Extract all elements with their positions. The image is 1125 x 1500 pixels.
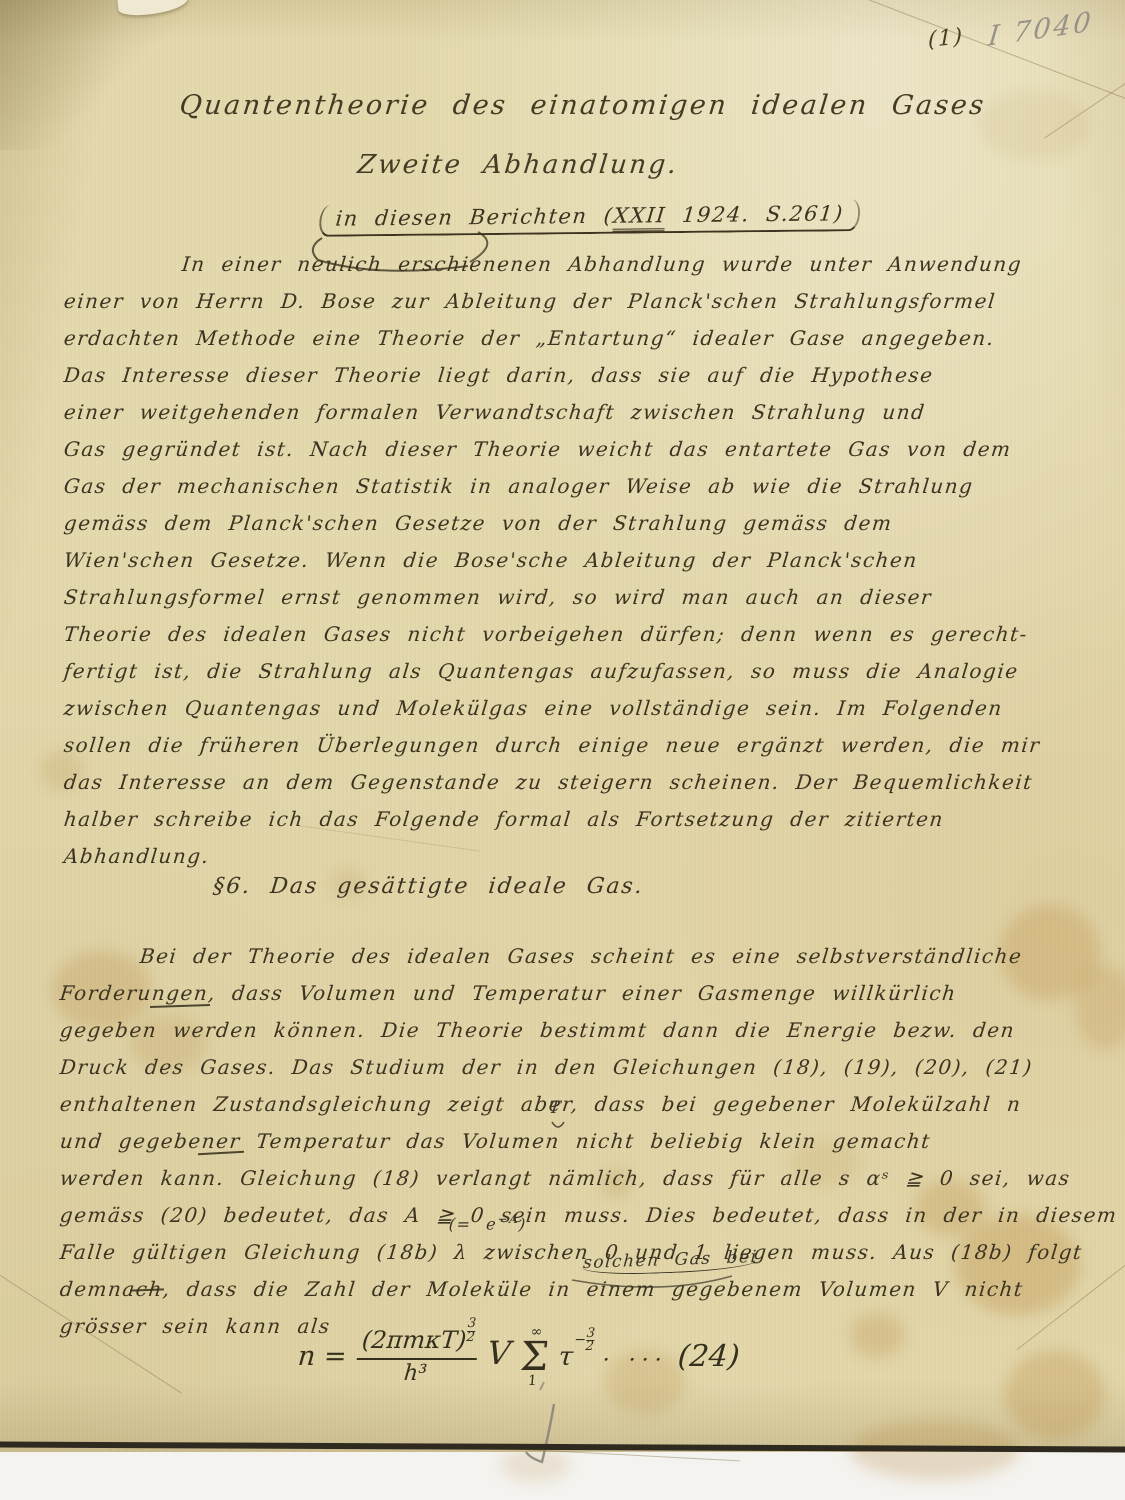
exponent-bottom: 2 [585,1340,594,1353]
insertion-lambda-note: (= e−A) [448,1212,528,1233]
manuscript-line: Das Interesse dieser Theorie liegt darin… [62,357,1086,394]
paragraph-2: Bei der Theorie des idealen Gases schein… [58,938,1088,1345]
exponent-top: 3 [467,1318,476,1330]
manuscript-line: Falle gültigen Gleichung (18b) λ zwische… [58,1234,1092,1271]
paragraph-1: In einer neulich erschienenen Abhandlung… [62,246,1082,875]
equation-dots: · ··· [602,1348,669,1373]
reference-circle: in diesen Berichten (XXII 1924. S.261) [318,199,861,237]
paper-stain [500,1448,570,1482]
journal-reference: in diesen Berichten (XXII 1924. S.261) [318,202,861,234]
scanned-manuscript-page: { "document": { "page_number": "(1)", "a… [0,0,1125,1500]
manuscript-subtitle: Zweite Abhandlung. [356,150,680,180]
manuscript-line: Bei der Theorie des idealen Gases schein… [138,938,1092,975]
manuscript-line: enthaltenen Zustandsgleichung zeigt aber… [58,1086,1092,1123]
term-variable: τ [557,1342,574,1372]
manuscript-line: zwischen Quantengas und Molekülgas eine … [62,690,1086,727]
reference-volume: XXII [612,203,667,232]
subtitle-text: Zweite Abhandlung. [356,150,680,180]
manuscript-line: demnach, dass die Zahl der Moleküle in e… [58,1271,1092,1308]
archive-pencil-mark: I 7040 [987,6,1095,53]
numerator-text: (2πmκT) [361,1326,468,1354]
manuscript-line: gegeben werden können. Die Theorie besti… [58,1012,1092,1049]
insertion-exponent: −A [497,1212,520,1226]
manuscript-line: das Interesse an dem Gegenstande zu stei… [62,764,1086,801]
insertion-text: (= e [448,1214,498,1233]
manuscript-line: Gas gegründet ist. Nach dieser Theorie w… [62,431,1086,468]
exponent-bottom: 2 [466,1331,475,1344]
insertion-text: ) [518,1214,528,1233]
manuscript-paper: (1) I 7040 Quantentheorie des einatomige… [0,0,1125,1452]
section-heading-text: §6. Das gesättigte ideale Gas. [212,874,645,899]
reference-suffix: 1924. S.261) [665,201,845,227]
insertion-text: T [548,1098,563,1118]
manuscript-line: Strahlungsformel ernst genommen wird, so… [62,579,1086,616]
manuscript-line: Abhandlung. [62,838,1086,875]
manuscript-line: gemäss (20) bedeutet, das A ≧ 0 sein mus… [58,1197,1092,1234]
paper-corner-shadow [0,0,220,150]
insertion-gas-note: solchen Gas bei [580,1250,762,1273]
equation-lhs: n = [297,1341,348,1372]
reference-prefix: in diesen Berichten ( [334,204,614,231]
manuscript-line: Wien'schen Gesetze. Wenn die Bose'sche A… [62,542,1086,579]
equation-fraction: (2πmκT)32 h³ [354,1328,480,1385]
manuscript-line: Theorie des idealen Gases nicht vorbeige… [62,616,1086,653]
archive-mark-label: I 7040 [987,6,1095,53]
equation-denominator: h³ [403,1360,428,1385]
paper-stain [1005,1350,1105,1440]
manuscript-line: Druck des Gases. Das Studium der in den … [58,1049,1092,1086]
equation-term: τ−32 [557,1342,594,1372]
page-number-label: (1) [928,24,963,53]
page-number: (1) [928,24,963,53]
sum-lower-limit: 1 [527,1375,537,1388]
manuscript-line: und gegebener Temperatur das Volumen nic… [58,1123,1092,1160]
term-exponent: 32 [585,1328,596,1354]
manuscript-line: halber schreibe ich das Folgende formal … [62,801,1086,838]
paper-stain [980,90,1090,160]
manuscript-line: sollen die früheren Überlegungen durch e… [62,727,1086,764]
title-text: Quantentheorie des einatomigen idealen G… [178,90,987,121]
sigma-symbol: Σ [519,1339,550,1375]
manuscript-line: erdachten Methode eine Theorie der „Enta… [62,320,1086,357]
numerator-exponent: 32 [466,1318,477,1344]
section-heading: §6. Das gesättigte ideale Gas. [212,874,645,899]
insertion-text: solchen Gas bei [580,1247,762,1276]
manuscript-line: werden kann. Gleichung (18) verlangt näm… [58,1160,1092,1197]
manuscript-line: gemäss dem Planck'schen Gesetze von der … [62,505,1086,542]
manuscript-line: einer von Herrn D. Bose zur Ableitung de… [62,283,1086,320]
manuscript-line: In einer neulich erschienenen Abhandlung… [180,246,1086,283]
equation-sum: ∞ Σ 1 [518,1326,552,1387]
manuscript-line: einer weitgehenden formalen Verwandtscha… [62,394,1086,431]
manuscript-line: Gas der mechanischen Statistik in analog… [62,468,1086,505]
equation-volume: V [486,1334,512,1372]
equation-numerator: (2πmκT)32 [356,1328,479,1360]
equation-24: n = (2πmκT)32 h³ V ∞ Σ 1 τ−32 · ··· (24) [295,1326,742,1387]
manuscript-title: Quantentheorie des einatomigen idealen G… [178,90,987,121]
manuscript-line: Forderungen, dass Volumen und Temperatur… [58,975,1092,1012]
insertion-temperature-T: T [548,1098,563,1118]
equation-number: (24) [676,1339,741,1374]
manuscript-line: fertigt ist, die Strahlung als Quantenga… [62,653,1086,690]
